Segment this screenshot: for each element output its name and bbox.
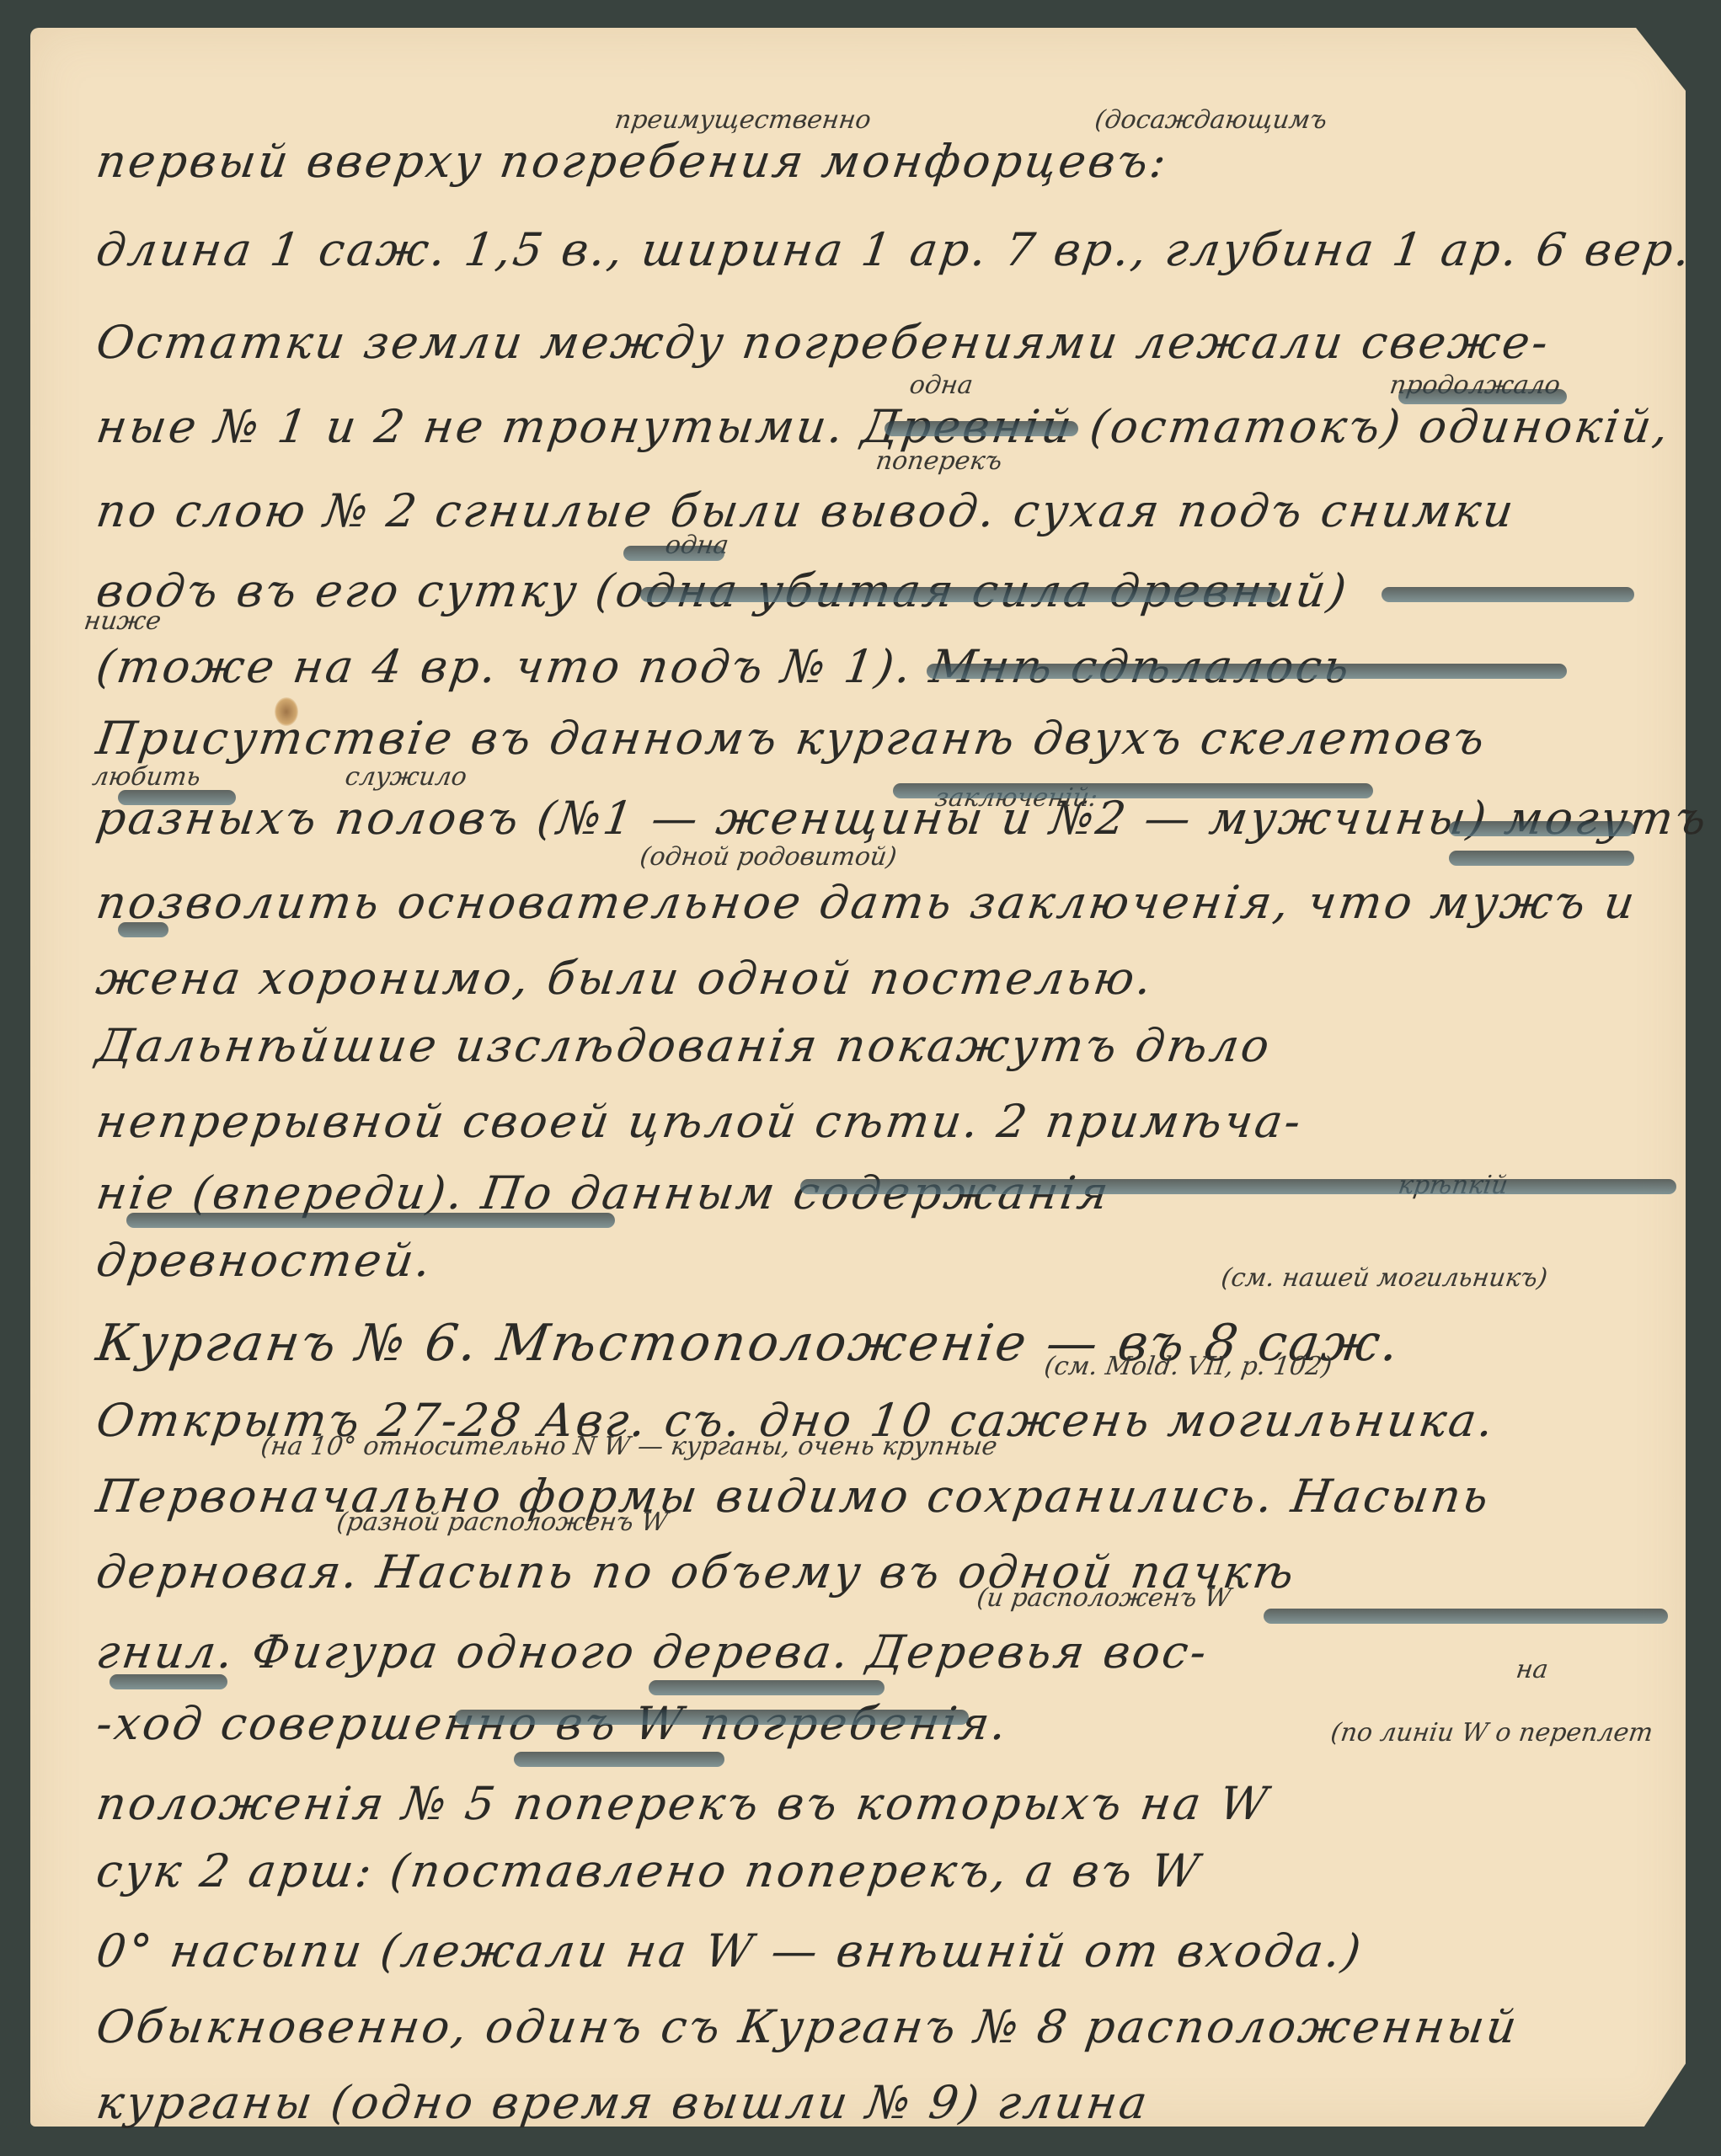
strikethrough-mark (118, 790, 236, 805)
manuscript-line: Дальнѣйшие изслѣдованія покажутъ дѣло (94, 1019, 1275, 1072)
manuscript-line: ные № 1 и 2 не тронутыми. Древній (остат… (94, 400, 1675, 453)
manuscript-line: Присутствіе въ данномъ курганѣ двухъ ске… (94, 712, 1490, 765)
interlinear-note: (см. Mold. VII, p. 102) (1043, 1352, 1334, 1381)
strikethrough-mark (927, 664, 1567, 679)
manuscript-line: по слою № 2 сгнилые были вывод. сухая по… (94, 484, 1520, 537)
manuscript-line: гнил. Фигура одного дерева. Деревья вос- (94, 1625, 1212, 1678)
strikethrough-mark (110, 1674, 227, 1689)
strikethrough-mark (1264, 1609, 1668, 1624)
interlinear-note: (по линіи W о переплет (1329, 1718, 1655, 1748)
strikethrough-mark (126, 1213, 615, 1228)
manuscript-line: 0° насыпи (лежали на W — внѣшній от вход… (94, 1924, 1367, 1977)
strikethrough-mark (885, 421, 1078, 436)
interlinear-note: (досаждающимъ (1093, 105, 1329, 135)
strikethrough-mark (800, 1179, 1676, 1194)
manuscript-line: непрерывной своей цѣлой сѣти. 2 примѣча- (94, 1095, 1307, 1148)
manuscript-line: положенія № 5 поперекъ въ которыхъ на W (94, 1777, 1274, 1830)
manuscript-line: древностей. (94, 1234, 436, 1287)
interlinear-note: (одной родовитой) (639, 842, 899, 872)
strikethrough-mark (1398, 389, 1567, 404)
strikethrough-mark (455, 1710, 969, 1725)
strikethrough-mark (514, 1752, 724, 1767)
manuscript-line: Обыкновенно, одинъ съ Курганъ № 8 распол… (94, 2000, 1523, 2053)
interlinear-note: (см. нашей могильникъ) (1220, 1263, 1550, 1293)
manuscript-line: позволить основательное дать заключенія,… (94, 876, 1640, 929)
strikethrough-mark (118, 922, 168, 937)
strikethrough-mark (649, 1680, 885, 1695)
manuscript-line: курганы (одно время вышли № 9) глина (94, 2076, 1153, 2129)
interlinear-note: на (1515, 1655, 1551, 1684)
interlinear-note: поперекъ (874, 446, 1004, 476)
manuscript-line: жена хоронимо, были одной постелью. (94, 952, 1157, 1005)
interlinear-note: одна (908, 371, 975, 400)
strikethrough-mark (893, 783, 1373, 798)
manuscript-line: Первоначально формы видимо сохранились. … (94, 1470, 1494, 1523)
interlinear-note: служило (344, 762, 469, 792)
interlinear-note: (и расположенъ W (975, 1583, 1233, 1613)
manuscript-line: сук 2 арш: (поставлено поперекъ, а въ W (94, 1844, 1205, 1897)
manuscript-line: разныхъ половъ (№1 — женщины и №2 — мужч… (94, 792, 1713, 845)
strikethrough-mark (1449, 851, 1634, 866)
strikethrough-mark (1382, 587, 1634, 602)
interlinear-note: преимущественно (613, 105, 874, 135)
strikethrough-mark (1449, 821, 1634, 836)
manuscript-line: первый вверху погребения монфорцевъ: (94, 135, 1173, 188)
strikethrough-mark (640, 587, 1280, 602)
manuscript-line: Остатки земли между погребениями лежали … (94, 316, 1554, 369)
interlinear-note: (разной расположенъ W (335, 1508, 670, 1537)
interlinear-note: ниже (83, 606, 163, 636)
manuscript-line: длина 1 саж. 1,5 в., ширина 1 ар. 7 вр.,… (94, 223, 1697, 276)
strikethrough-mark (623, 546, 724, 561)
interlinear-note: любить (91, 762, 203, 792)
interlinear-note: (на 10° относительно N W — курганы, очен… (259, 1432, 999, 1461)
